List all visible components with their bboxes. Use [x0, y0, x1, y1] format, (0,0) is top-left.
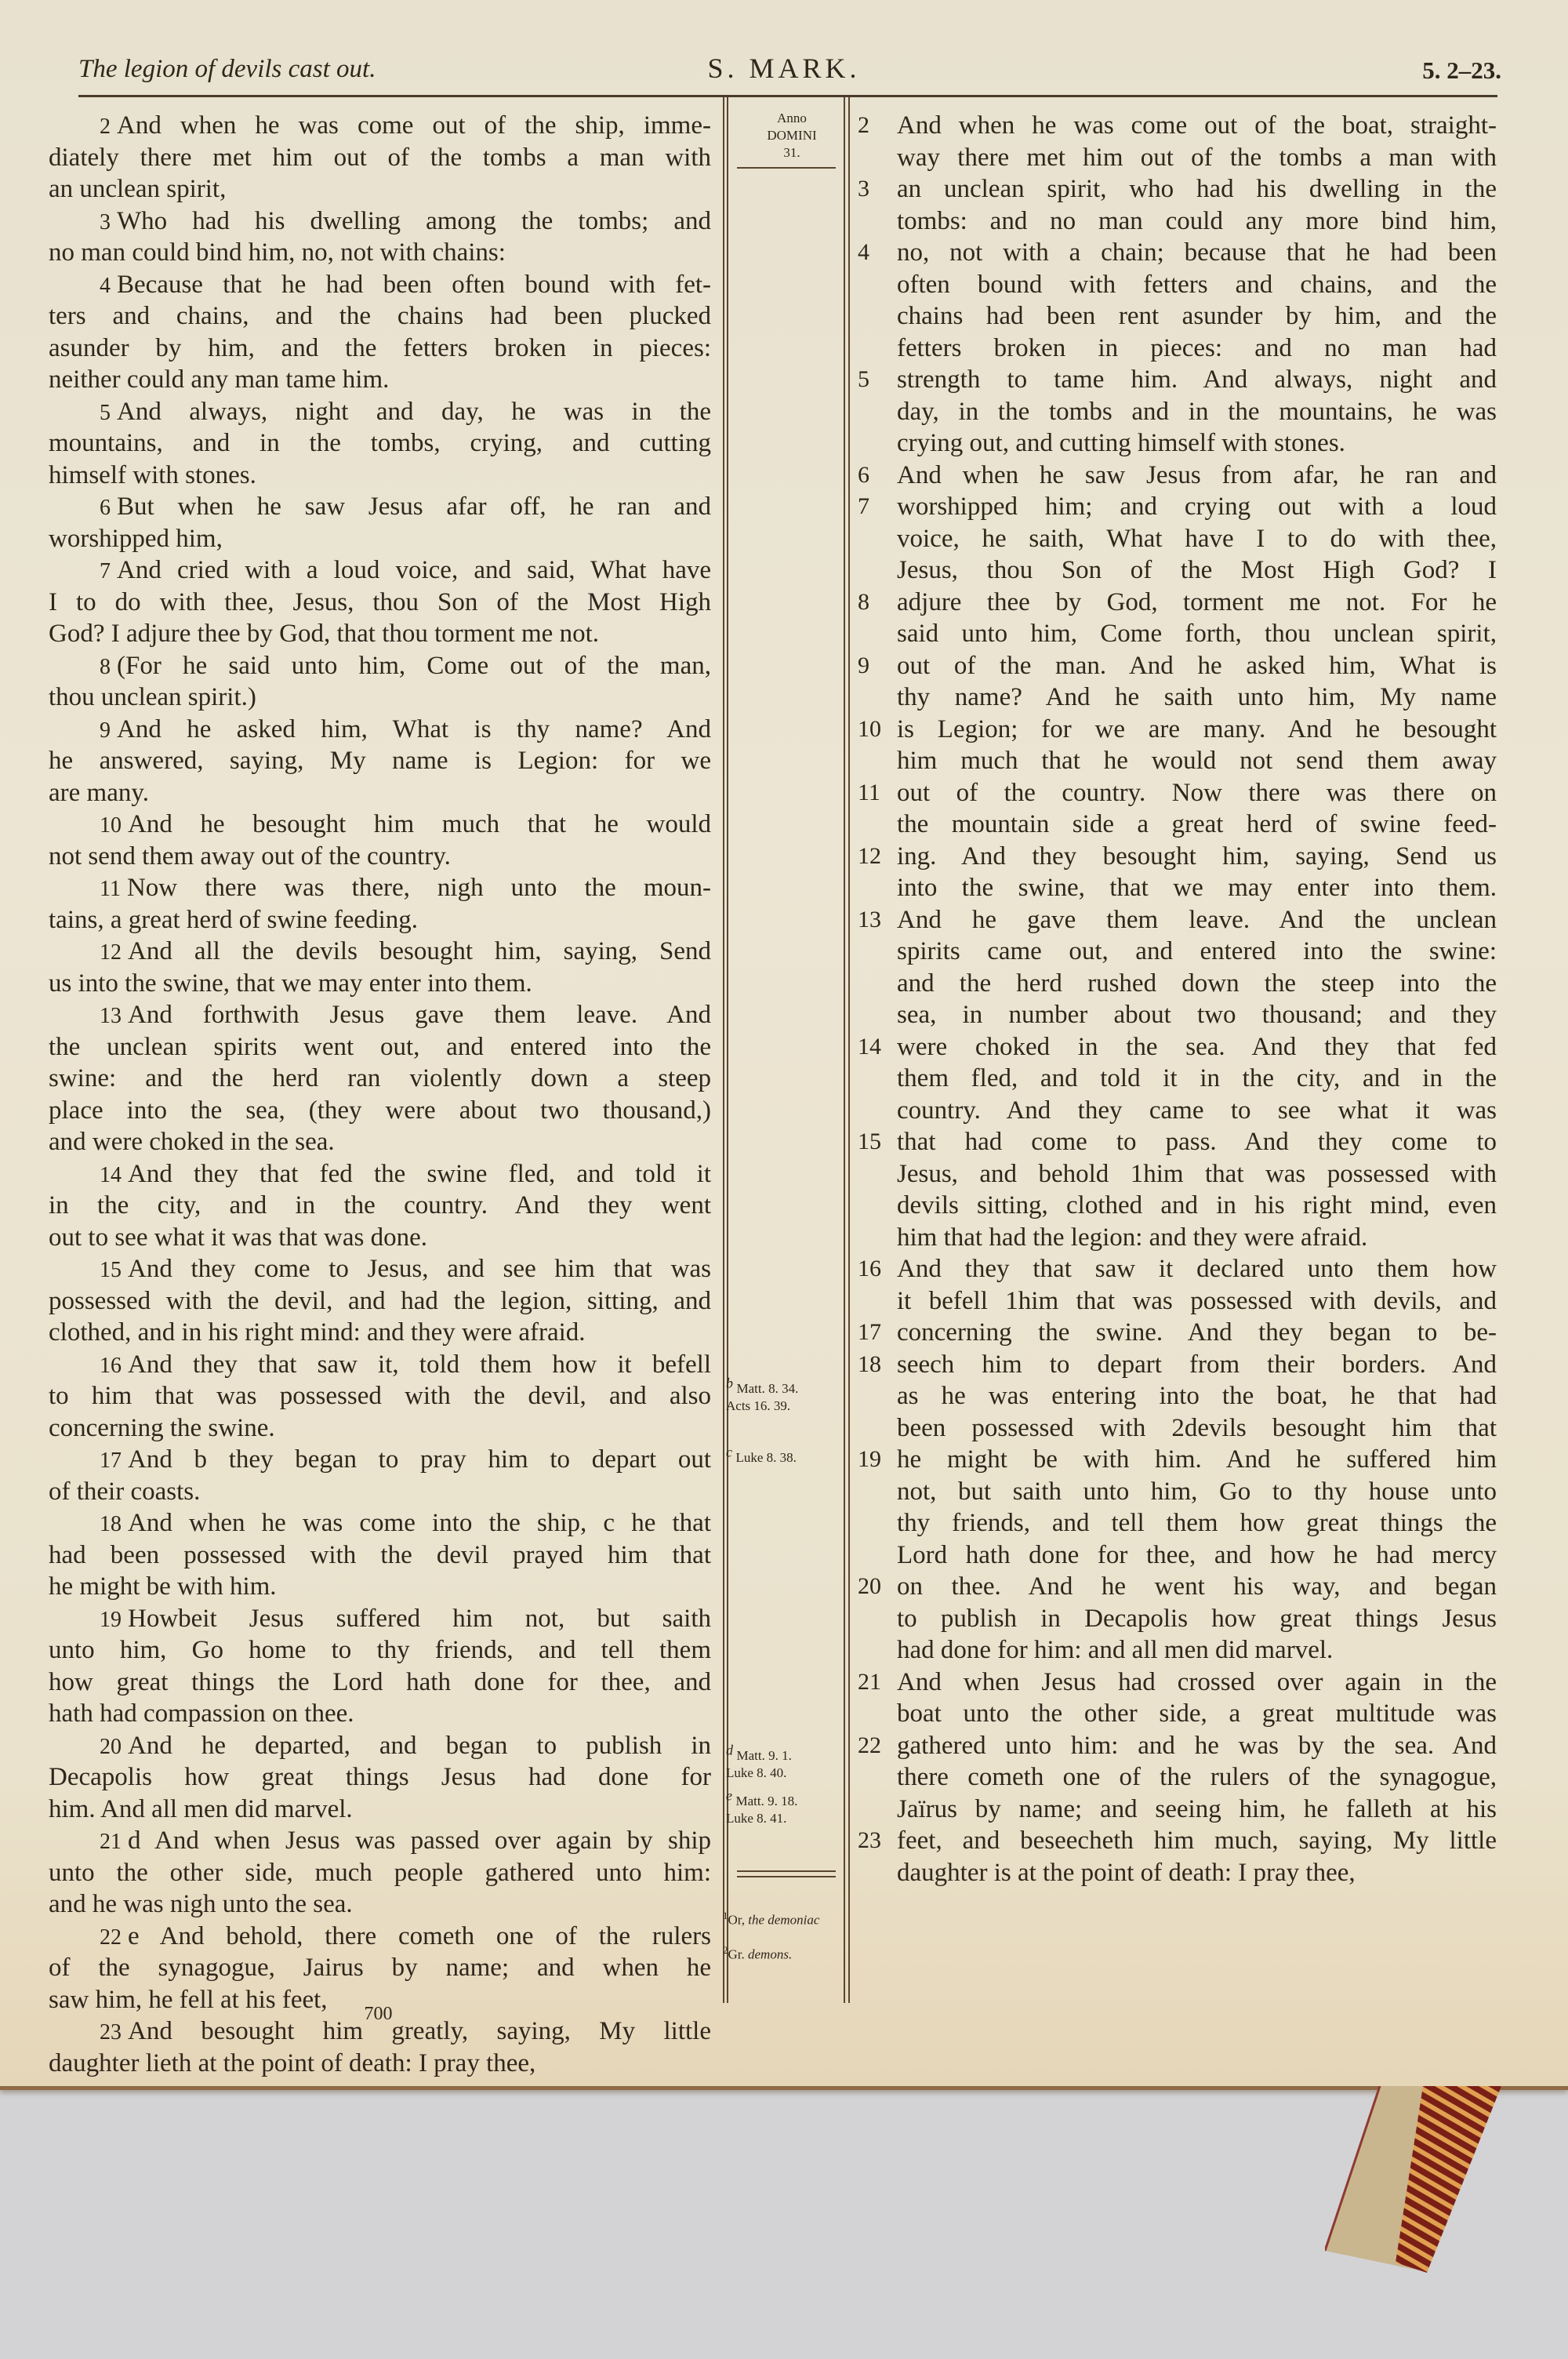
- text-line: 10And he besought him much that he would: [49, 809, 711, 841]
- text-line: an unclean spirit,: [49, 173, 711, 205]
- text-line: concerning the swine.: [49, 1412, 711, 1445]
- verse-number: 4: [100, 274, 111, 298]
- text-line: country. And they came to see what it wa…: [858, 1095, 1497, 1127]
- revised-version-column: 2And when he was come out of the boat, s…: [858, 110, 1497, 1888]
- text-line: 13And forthwith Jesus gave them leave. A…: [49, 999, 711, 1031]
- text-line: said unto him, Come forth, thou unclean …: [858, 618, 1497, 650]
- text-line: us into the swine, that we may enter int…: [49, 968, 711, 1000]
- text-line: Jesus, thou Son of the Most High God? I: [858, 554, 1497, 587]
- verse-number: 9: [858, 650, 892, 682]
- text-line: into the swine, that we may enter into t…: [858, 872, 1497, 904]
- text-line: 9out of the man. And he asked him, What …: [858, 650, 1497, 682]
- verse-number: 13: [100, 1004, 122, 1028]
- text-line: 6But when he saw Jesus afar off, he ran …: [49, 491, 711, 523]
- verse-number: 23: [858, 1825, 892, 1857]
- text-line: 4Because that he had been often bound wi…: [49, 269, 711, 301]
- text-line: diately there met him out of the tombs a…: [49, 142, 711, 174]
- verse-number: 19: [858, 1444, 892, 1476]
- verse-number: 16: [100, 1354, 122, 1378]
- verse-number: 2: [858, 110, 892, 142]
- verse-number: 8: [858, 587, 892, 619]
- cross-reference: b Matt. 8. 34.Acts 16. 39.: [726, 1380, 844, 1415]
- text-line: possessed with the devil, and had the le…: [49, 1285, 711, 1318]
- verse-number: 22: [858, 1730, 892, 1762]
- text-line: 14And they that fed the swine fled, and …: [49, 1158, 711, 1190]
- text-line: not send them away out of the country.: [49, 841, 711, 873]
- text-line: neither could any man tame him.: [49, 364, 711, 396]
- text-line: in the city, and in the country. And the…: [49, 1190, 711, 1222]
- text-line: 11out of the country. Now there was ther…: [858, 777, 1497, 809]
- text-line: daughter lieth at the point of death: I …: [49, 2048, 711, 2080]
- text-line: 21d And when Jesus was passed over again…: [49, 1825, 711, 1857]
- text-line: the mountain side a great herd of swine …: [858, 809, 1497, 841]
- text-line: been possessed with 2devils besought him…: [858, 1412, 1497, 1445]
- verse-number: 10: [858, 714, 892, 746]
- text-line: God? I adjure thee by God, that thou tor…: [49, 618, 711, 650]
- text-line: he answered, saying, My name is Legion: …: [49, 745, 711, 777]
- text-line: 21And when Jesus had crossed over again …: [858, 1667, 1497, 1699]
- verse-number: 16: [858, 1253, 892, 1285]
- text-line: Jaïrus by name; and seeing him, he falle…: [858, 1794, 1497, 1826]
- text-line: 5And always, night and day, he was in th…: [49, 396, 711, 428]
- text-line: fetters broken in pieces: and no man had: [858, 333, 1497, 365]
- book-page: The legion of devils cast out. S. MARK. …: [0, 0, 1568, 2090]
- text-line: tains, a great herd of swine feeding.: [49, 904, 711, 936]
- text-line: 7And cried with a loud voice, and said, …: [49, 554, 711, 587]
- text-line: it befell 1him that was possessed with d…: [858, 1285, 1497, 1318]
- text-line: way there met him out of the tombs a man…: [858, 142, 1497, 174]
- verse-number: 2: [100, 114, 111, 139]
- text-line: he might be with him.: [49, 1571, 711, 1603]
- text-line: thou unclean spirit.): [49, 682, 711, 714]
- verse-number: 14: [100, 1163, 122, 1187]
- text-line: 3Who had his dwelling among the tombs; a…: [49, 205, 711, 238]
- text-line: ters and chains, and the chains had been…: [49, 300, 711, 333]
- verse-number: 13: [858, 904, 892, 936]
- domini-label: DOMINI: [737, 127, 847, 144]
- footnote: 1Or, the demoniac: [723, 1907, 840, 1929]
- text-line: boat unto the other side, a great multit…: [858, 1698, 1497, 1730]
- verse-number: 5: [100, 401, 111, 425]
- text-line: had been possessed with the devil prayed…: [49, 1539, 711, 1572]
- text-line: tombs: and no man could any more bind hi…: [858, 205, 1497, 238]
- text-line: 8adjure thee by God, torment me not. For…: [858, 587, 1497, 619]
- margin-date: Anno DOMINI 31.: [737, 110, 847, 162]
- text-line: 22e And behold, there cometh one of the …: [49, 1921, 711, 1953]
- verse-number: 20: [858, 1571, 892, 1603]
- text-line: him much that he would not send them awa…: [858, 745, 1497, 777]
- text-line: devils sitting, clothed and in his right…: [858, 1190, 1497, 1222]
- verse-number: 3: [100, 210, 111, 234]
- margin-rule: [737, 1876, 836, 1877]
- column-divider: [848, 97, 850, 2003]
- text-line: worshipped him,: [49, 523, 711, 555]
- verse-number: 8: [100, 655, 111, 679]
- text-line: voice, he saith, What have I to do with …: [858, 523, 1497, 555]
- column-divider: [723, 97, 724, 2003]
- verse-number: 12: [100, 940, 122, 965]
- text-line: 20And he departed, and began to publish …: [49, 1730, 711, 1762]
- text-line: 12And all the devils besought him, sayin…: [49, 936, 711, 968]
- verse-number: 14: [858, 1031, 892, 1063]
- text-line: 16And they that saw it, told them how it…: [49, 1349, 711, 1381]
- text-line: them fled, and told it in the city, and …: [858, 1063, 1497, 1095]
- text-line: himself with stones.: [49, 460, 711, 492]
- text-line: 10is Legion; for we are many. And he bes…: [858, 714, 1497, 746]
- verse-number: 5: [858, 364, 892, 396]
- margin-rule: [737, 167, 836, 169]
- text-line: 23feet, and beseecheth him much, saying,…: [858, 1825, 1497, 1857]
- verse-number: 7: [100, 559, 111, 583]
- text-line: had done for him: and all men did marvel…: [858, 1634, 1497, 1667]
- text-line: 15that had come to pass. And they come t…: [858, 1126, 1497, 1158]
- text-line: 7worshipped him; and crying out with a l…: [858, 491, 1497, 523]
- text-line: 18seech him to depart from their borders…: [858, 1349, 1497, 1381]
- text-line: hath had compassion on thee.: [49, 1698, 711, 1730]
- page-number: 700: [0, 2004, 757, 2025]
- text-line: place into the sea, (they were about two…: [49, 1095, 711, 1127]
- text-line: mountains, and in the tombs, crying, and…: [49, 427, 711, 460]
- text-line: 4no, not with a chain; because that he h…: [858, 237, 1497, 269]
- text-line: of their coasts.: [49, 1476, 711, 1508]
- text-line: to him that was possessed with the devil…: [49, 1380, 711, 1412]
- text-line: 19Howbeit Jesus suffered him not, but sa…: [49, 1603, 711, 1635]
- text-line: 15And they come to Jesus, and see him th…: [49, 1253, 711, 1285]
- header-rule: [78, 95, 1497, 97]
- verse-number: 10: [100, 813, 122, 838]
- text-line: 11Now there was there, nigh unto the mou…: [49, 872, 711, 904]
- column-divider: [727, 97, 728, 2003]
- verse-number: 9: [100, 718, 111, 743]
- text-line: swine: and the herd ran violently down a…: [49, 1063, 711, 1095]
- text-line: spirits came out, and entered into the s…: [858, 936, 1497, 968]
- authorized-version-column: 2And when he was come out of the ship, i…: [49, 110, 711, 2079]
- anno-label: Anno: [737, 110, 847, 127]
- text-line: 6And when he saw Jesus from afar, he ran…: [858, 460, 1497, 492]
- verse-number: 18: [100, 1512, 122, 1536]
- text-line: Jesus, and behold 1him that was possesse…: [858, 1158, 1497, 1190]
- text-line: 19he might be with him. And he suffered …: [858, 1444, 1497, 1476]
- cross-reference: c Luke 8. 38.: [726, 1449, 844, 1467]
- text-line: daughter is at the point of death: I pra…: [858, 1857, 1497, 1889]
- text-line: 9And he asked him, What is thy name? And: [49, 714, 711, 746]
- text-line: thy friends, and tell them how great thi…: [858, 1507, 1497, 1539]
- text-line: unto him, Go home to thy friends, and te…: [49, 1634, 711, 1667]
- verse-number: 18: [858, 1349, 892, 1381]
- verse-number: 3: [858, 173, 892, 205]
- text-line: 18And when he was come into the ship, c …: [49, 1507, 711, 1539]
- text-line: Decapolis how great things Jesus had don…: [49, 1761, 711, 1794]
- text-line: chains had been rent asunder by him, and…: [858, 300, 1497, 333]
- text-line: 20on thee. And he went his way, and bega…: [858, 1571, 1497, 1603]
- margin-rule: [737, 1870, 836, 1872]
- verse-number: 7: [858, 491, 892, 523]
- text-line: the unclean spirits went out, and entere…: [49, 1031, 711, 1063]
- verse-number: 15: [100, 1258, 122, 1282]
- text-line: 17And b they began to pray him to depart…: [49, 1444, 711, 1476]
- text-line: there cometh one of the rulers of the sy…: [858, 1761, 1497, 1794]
- verse-number: 21: [100, 1830, 122, 1854]
- verse-number: 21: [858, 1667, 892, 1699]
- ribbon-bookmark-icon: [1325, 2086, 1505, 2274]
- footnote: 2Gr. demons.: [723, 1942, 840, 1964]
- text-line: 3an unclean spirit, who had his dwelling…: [858, 173, 1497, 205]
- text-line: to publish in Decapolis how great things…: [858, 1603, 1497, 1635]
- text-line: crying out, and cutting himself with sto…: [858, 427, 1497, 460]
- text-line: him that had the legion: and they were a…: [858, 1222, 1497, 1254]
- text-line: 17concerning the swine. And they began t…: [858, 1317, 1497, 1349]
- text-line: Lord hath done for thee, and how he had …: [858, 1539, 1497, 1572]
- book-name: S. MARK.: [0, 52, 1568, 85]
- text-line: 8(For he said unto him, Come out of the …: [49, 650, 711, 682]
- text-line: and he was nigh unto the sea.: [49, 1888, 711, 1921]
- text-line: 13And he gave them leave. And the unclea…: [858, 904, 1497, 936]
- verse-number: 19: [100, 1608, 122, 1632]
- text-line: him. And all men did marvel.: [49, 1794, 711, 1826]
- verse-number: 6: [858, 460, 892, 492]
- text-line: often bound with fetters and chains, and…: [858, 269, 1497, 301]
- chapter-verse-range: 5. 2–23.: [1422, 56, 1501, 85]
- text-line: 5strength to tame him. And always, night…: [858, 364, 1497, 396]
- verse-number: 12: [858, 841, 892, 873]
- text-line: 16And they that saw it declared unto the…: [858, 1253, 1497, 1285]
- text-line: 2And when he was come out of the boat, s…: [858, 110, 1497, 142]
- text-line: 22gathered unto him: and he was by the s…: [858, 1730, 1497, 1762]
- text-line: clothed, and in his right mind: and they…: [49, 1317, 711, 1349]
- text-line: day, in the tombs and in the mountains, …: [858, 396, 1497, 428]
- year-label: 31.: [737, 144, 847, 162]
- text-line: of the synagogue, Jairus by name; and wh…: [49, 1952, 711, 1984]
- verse-number: 6: [100, 496, 111, 520]
- text-line: 14were choked in the sea. And they that …: [858, 1031, 1497, 1063]
- text-line: and were choked in the sea.: [49, 1126, 711, 1158]
- verse-number: 15: [858, 1126, 892, 1158]
- verse-number: 11: [858, 777, 892, 809]
- verse-number: 20: [100, 1735, 122, 1759]
- text-line: how great things the Lord hath done for …: [49, 1667, 711, 1699]
- text-line: are many.: [49, 777, 711, 809]
- verse-number: 17: [858, 1317, 892, 1349]
- text-line: 2And when he was come out of the ship, i…: [49, 110, 711, 142]
- text-line: and the herd rushed down the steep into …: [858, 968, 1497, 1000]
- verse-number: 17: [100, 1448, 122, 1473]
- verse-number: 22: [100, 1925, 122, 1950]
- cross-reference: e Matt. 9. 18.Luke 8. 41.: [726, 1793, 844, 1827]
- text-line: thy name? And he saith unto him, My name: [858, 682, 1497, 714]
- cross-reference: d Matt. 9. 1.Luke 8. 40.: [726, 1747, 844, 1782]
- text-line: I to do with thee, Jesus, thou Son of th…: [49, 587, 711, 619]
- verse-number: 11: [100, 877, 121, 901]
- text-line: sea, in number about two thousand; and t…: [858, 999, 1497, 1031]
- text-line: out to see what it was that was done.: [49, 1222, 711, 1254]
- text-line: as he was entering into the boat, he tha…: [858, 1380, 1497, 1412]
- text-line: no man could bind him, no, not with chai…: [49, 237, 711, 269]
- text-line: asunder by him, and the fetters broken i…: [49, 333, 711, 365]
- verse-number: 4: [858, 237, 892, 269]
- text-line: not, but saith unto him, Go to thy house…: [858, 1476, 1497, 1508]
- column-divider: [844, 97, 845, 2003]
- text-line: unto the other side, much people gathere…: [49, 1857, 711, 1889]
- text-line: 12ing. And they besought him, saying, Se…: [858, 841, 1497, 873]
